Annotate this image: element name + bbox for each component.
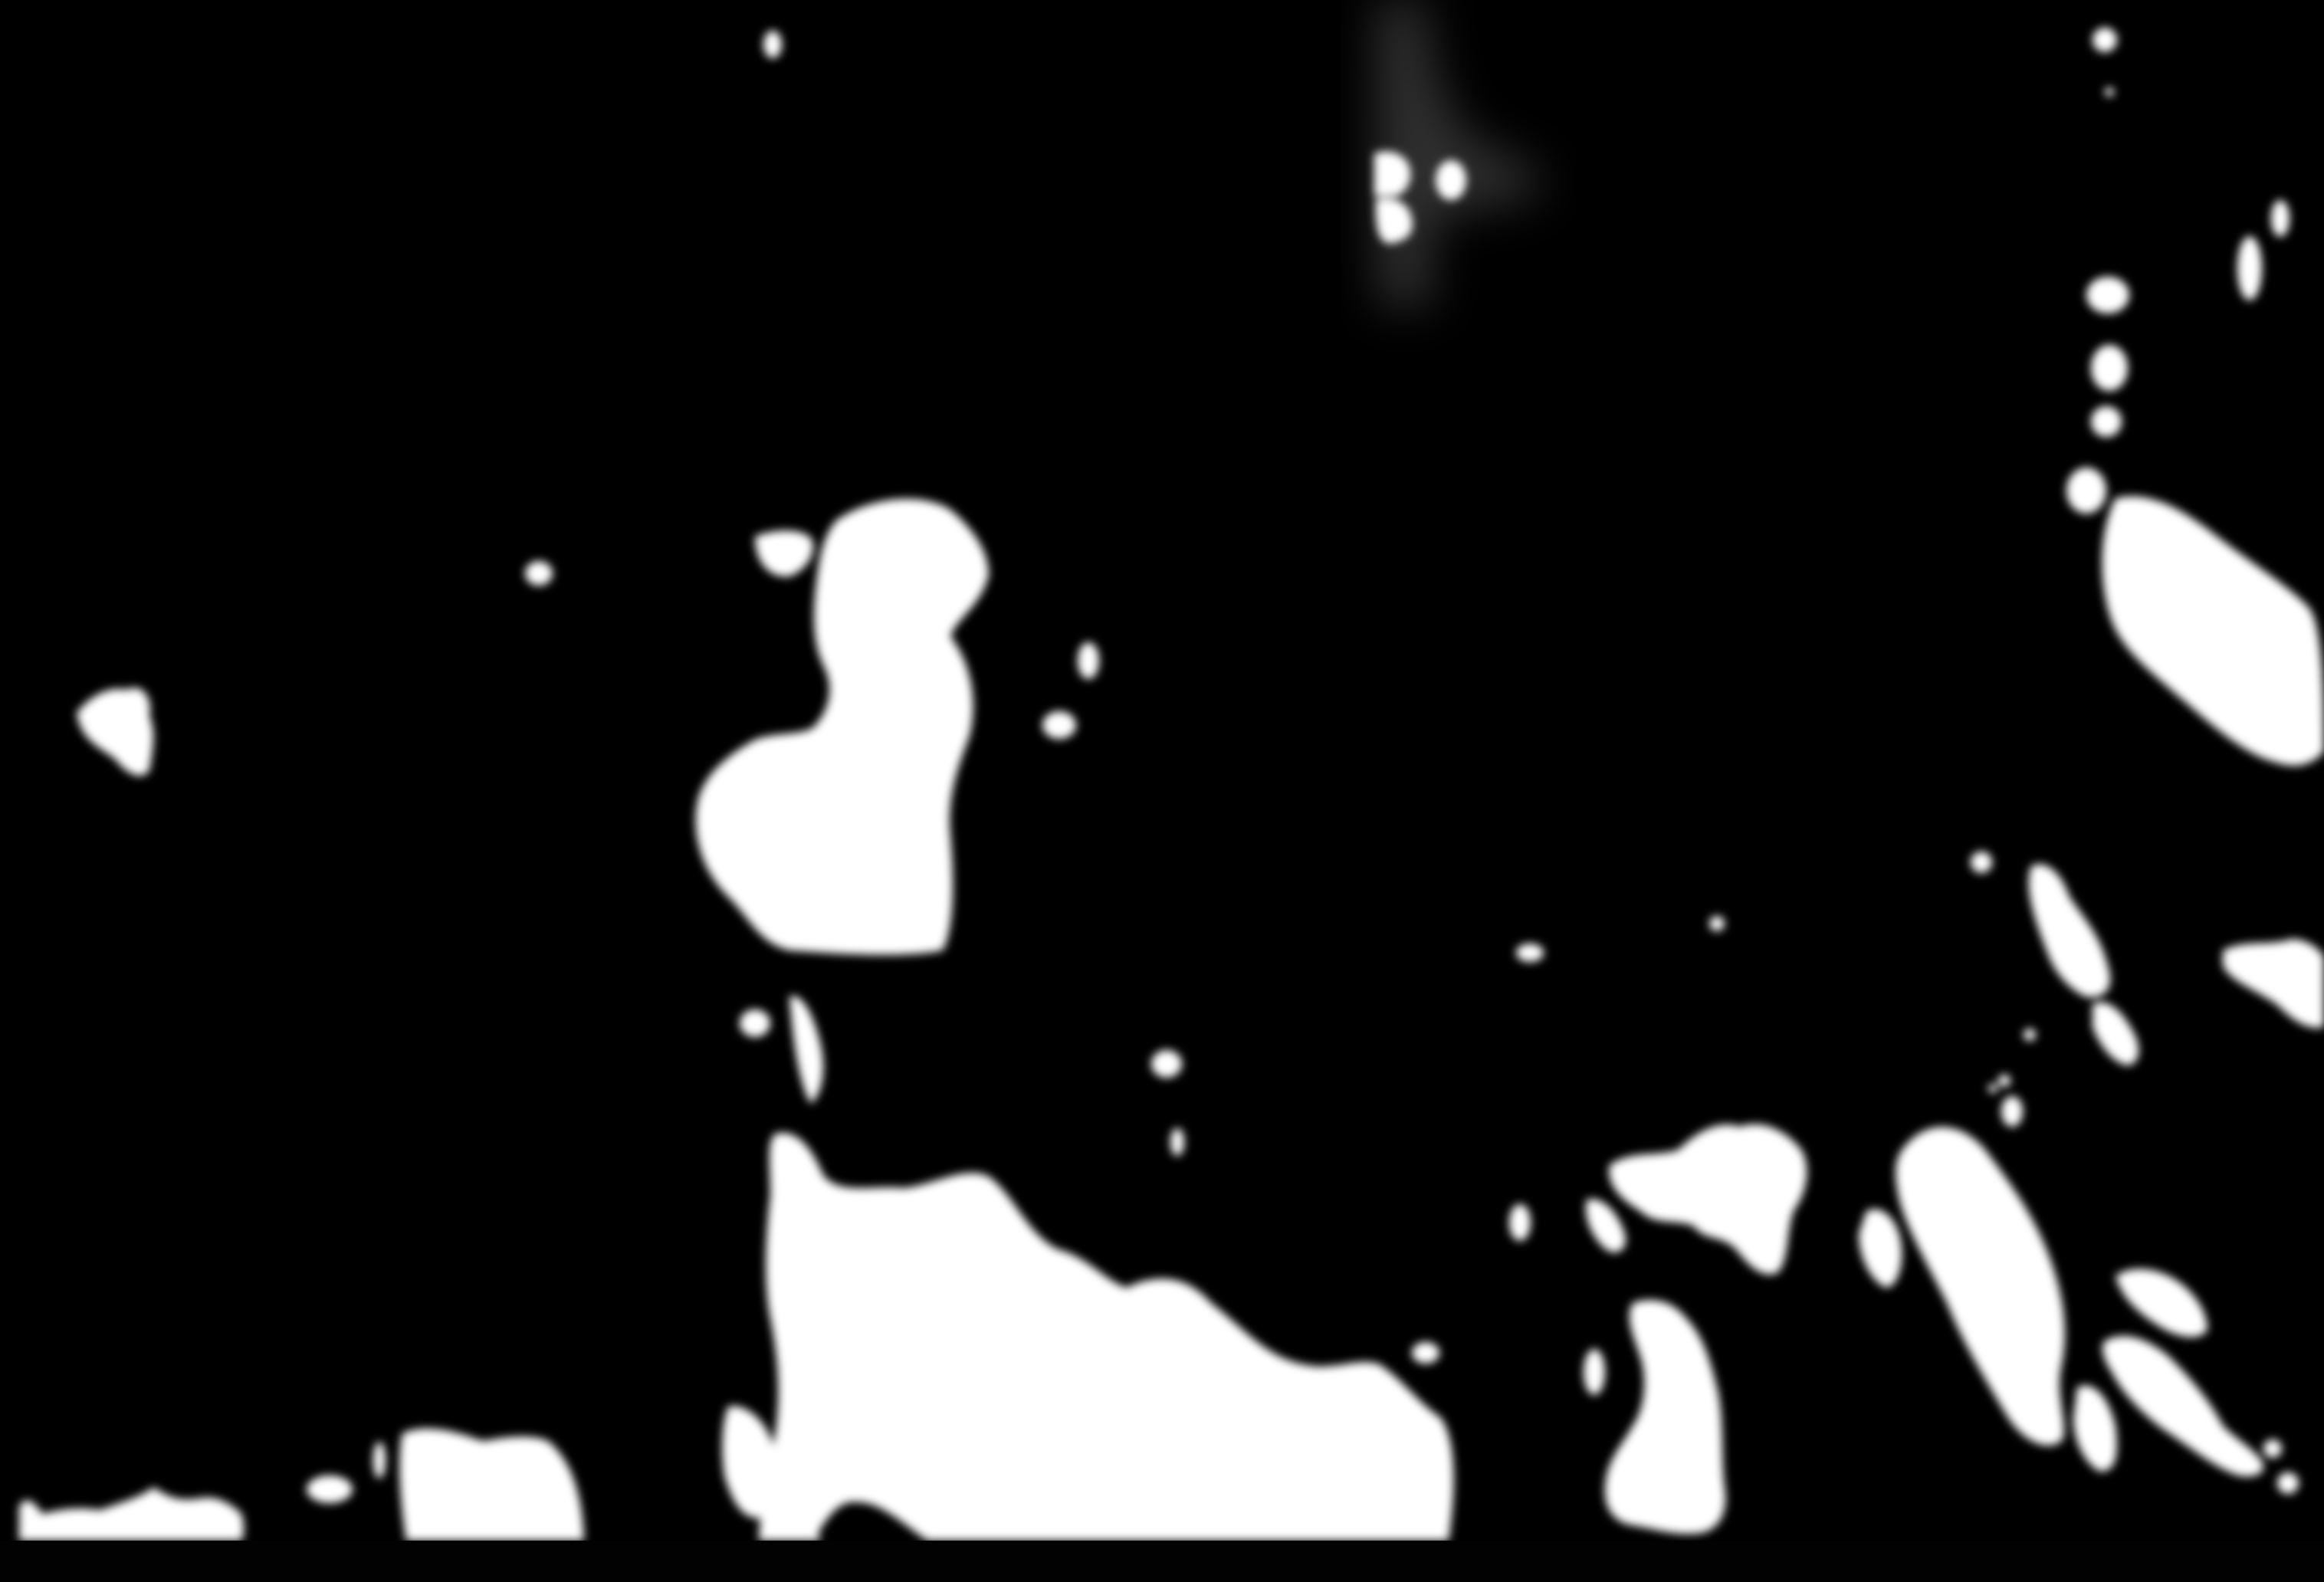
haze-region bbox=[1375, 0, 1542, 307]
cloud-blobs bbox=[19, 28, 2324, 1541]
bottom-nodata-strip bbox=[0, 1541, 2324, 1582]
cloud-mask-canvas bbox=[0, 0, 2324, 1582]
cloud-mask-image: Binary cloud mask raster: white cloud re… bbox=[0, 0, 2324, 1582]
